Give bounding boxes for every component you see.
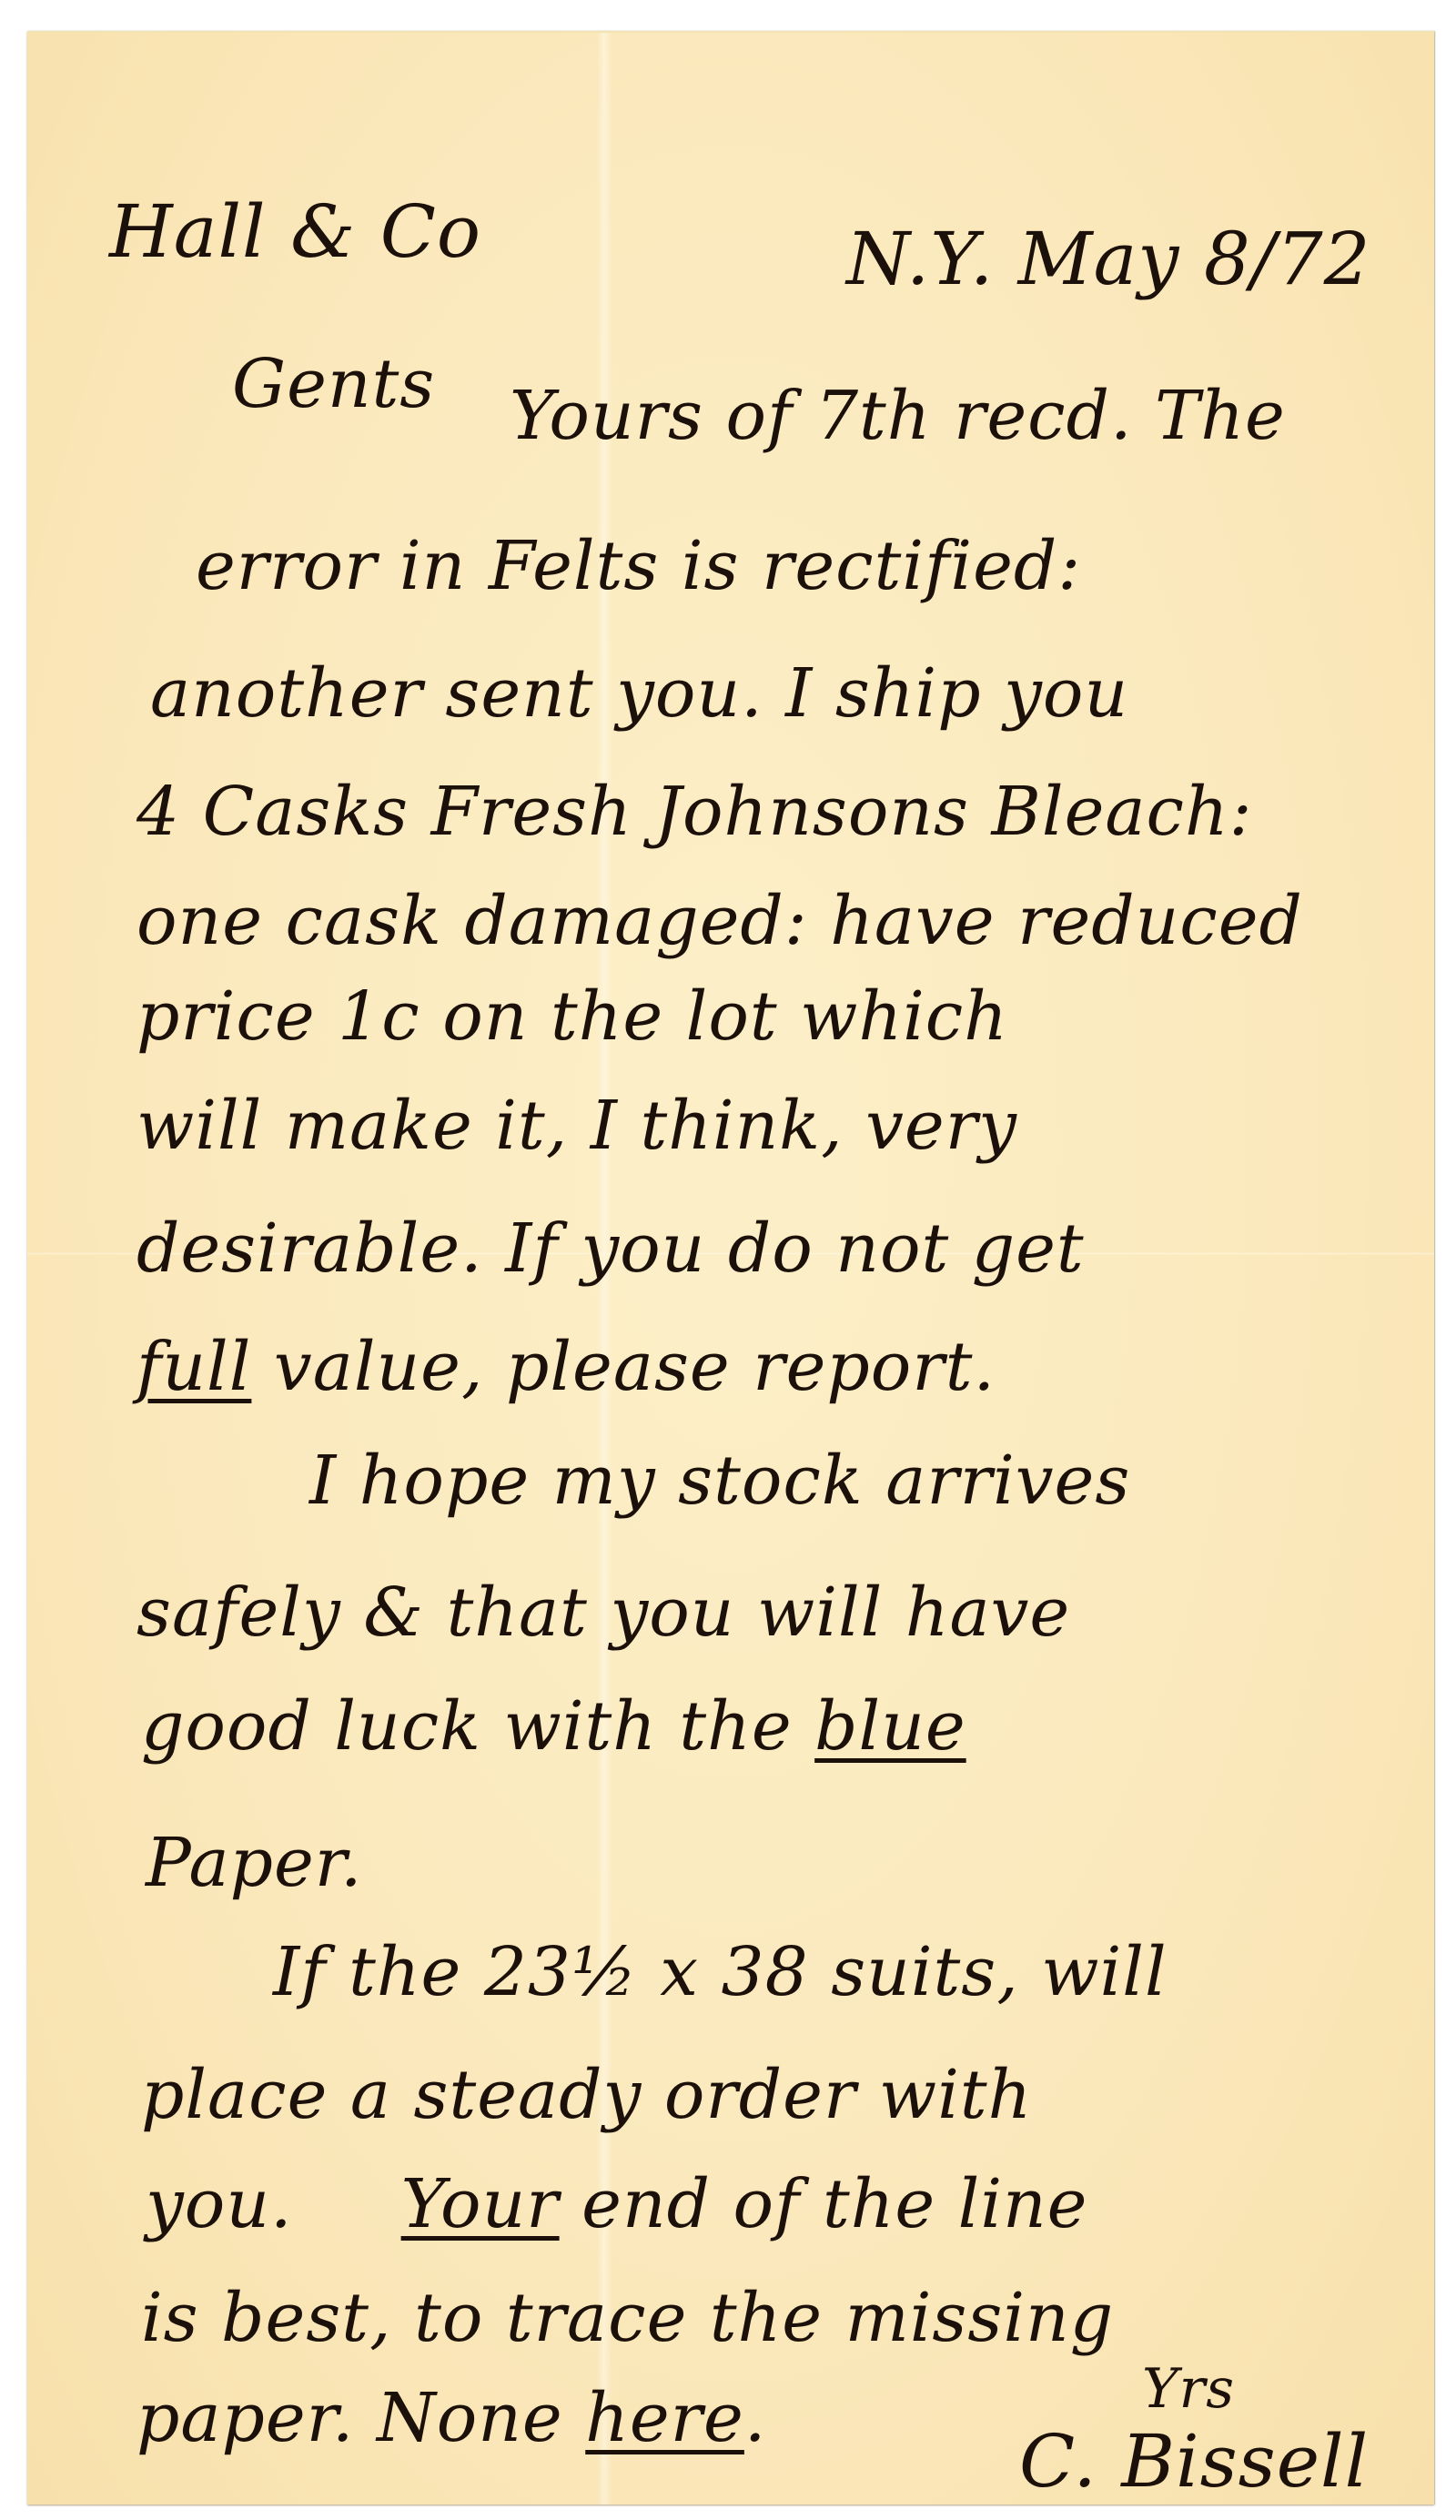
letter-line-15: place a steady order with — [141, 2061, 1032, 2129]
letter-line-19: paper. None here. — [136, 2384, 766, 2452]
salutation: Gents — [232, 350, 435, 418]
letter-line-12: good luck with the blue — [141, 1693, 966, 1760]
underlined-word-here: here — [585, 2379, 744, 2457]
letter-line-4: 4 Casks Fresh Johnsons Bleach: — [136, 778, 1253, 845]
letter-line-19-text: paper. None — [136, 2379, 563, 2457]
letter-line-7: will make it, I think, very — [136, 1092, 1017, 1159]
letter-line-8: desirable. If you do not get — [136, 1215, 1085, 1282]
letter-line-11: safely & that you will have — [136, 1579, 1070, 1646]
addressee: Hall & Co — [109, 196, 481, 268]
letter-line-16: you. Your end of the line — [146, 2171, 1087, 2238]
letter-line-19-end: . — [744, 2379, 767, 2457]
letter-line-16-text: you. — [146, 2165, 293, 2243]
underlined-word-your: Your — [401, 2165, 560, 2243]
letter-line-5: one cask damaged: have reduced — [136, 887, 1303, 955]
underlined-word-full: full — [136, 1328, 251, 1406]
letter-line-3: another sent you. I ship you — [150, 660, 1128, 727]
closing: Yrs — [1142, 2362, 1235, 2416]
letter-line-17-text: end of the line — [581, 2165, 1087, 2243]
letter-line-9-text: value, please report. — [274, 1328, 996, 1406]
letter-line-6: price 1c on the lot which — [136, 983, 1008, 1050]
letter-line-10: I hope my stock arrives — [309, 1447, 1130, 1514]
letter-line-14: If the 23½ x 38 suits, will — [273, 1938, 1168, 2006]
place-date: N.Y. May 8/72 — [846, 223, 1371, 296]
letter-line-1: Yours of 7th recd. The — [510, 382, 1286, 450]
letter-line-13: Paper. — [146, 1829, 363, 1897]
letter-line-12-text: good luck with the — [141, 1687, 793, 1766]
signature: C. Bissell — [1019, 2425, 1369, 2498]
letter-line-18: is best, to trace the missing — [141, 2284, 1114, 2352]
letter-line-2: error in Felts is rectified: — [196, 532, 1081, 600]
letter-line-9: full value, please report. — [136, 1333, 996, 1401]
underlined-word-blue: blue — [814, 1687, 966, 1766]
